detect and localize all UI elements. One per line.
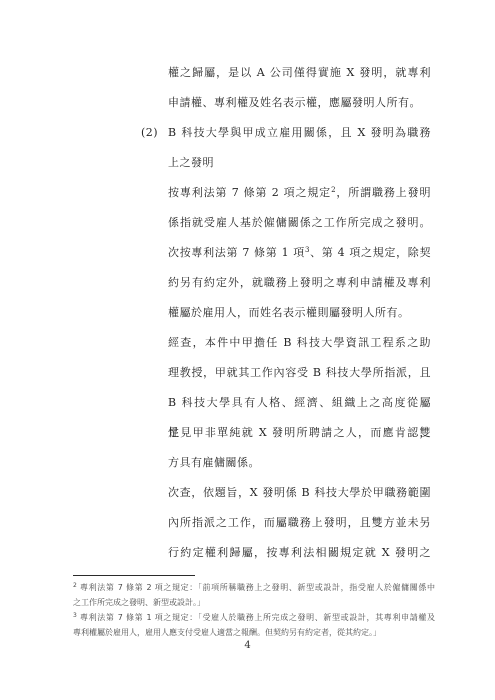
body-line: 次查，依題旨，X 發明係 B 科技大學於甲職務範圍 bbox=[168, 478, 431, 508]
footnote-text: 專利法第 7 條第 1 項之規定：「受雇人於職務上所完成之發明、新型或設計，其專… bbox=[80, 613, 435, 622]
body-line-text: 次查，依題旨，X 發明係 B 科技大學於甲職務範圍 bbox=[168, 486, 431, 499]
body-line: 經查，本件中甲擔任 B 科技大學資訊工程系之助 bbox=[168, 328, 431, 358]
footnote-number: 2 bbox=[73, 582, 77, 589]
body-line: 權之歸屬，是以 A 公司僅得實施 X 發明，就專利 bbox=[168, 58, 431, 88]
body-line-text: 上之發明 bbox=[168, 156, 214, 169]
footnotes: 2 專利法第 7 條第 2 項之規定：「前項所稱職務上之發明、新型或設計，指受雇… bbox=[73, 580, 435, 640]
body-line-text: 、第 4 項之規定，除契 bbox=[310, 246, 431, 259]
document-page: 權之歸屬，是以 A 公司僅得實施 X 發明，就專利申請權、專利權及姓名表示權，應… bbox=[0, 0, 495, 700]
body-line: 足見甲非單純就 X 發明所聘請之人，而應肯認雙 bbox=[168, 418, 431, 448]
footnote-separator bbox=[73, 575, 195, 576]
body-line: 係指就受雇人基於僱傭關係之工作所完成之發明。 bbox=[168, 208, 431, 238]
body-line: 上之發明 bbox=[168, 148, 431, 178]
body-line-text: 內所指派之工作，而屬職務上發明，且雙方並未另 bbox=[168, 516, 431, 529]
body-line: (2)B 科技大學與甲成立雇用關係，且 X 發明為職務 bbox=[168, 118, 431, 148]
list-item-marker: (2) bbox=[141, 118, 158, 148]
body-line-text: 申請權、專利權及姓名表示權，應屬發明人所有。 bbox=[168, 96, 421, 109]
body-line-text: 次按專利法第 7 條第 1 項 bbox=[168, 246, 305, 259]
body-line: 約另有約定外，就職務上發明之專利申請權及專利 bbox=[168, 268, 431, 298]
body-line: 申請權、專利權及姓名表示權，應屬發明人所有。 bbox=[168, 88, 431, 118]
body-line: 內所指派之工作，而屬職務上發明，且雙方並未另 bbox=[168, 508, 431, 538]
footnote-text: 之工作所完成之發明、新型或設計。」 bbox=[73, 598, 205, 607]
body-line-text: 行約定權利歸屬，按專利法相關規定就 X 發明之 bbox=[168, 546, 431, 559]
body-line-text: 約另有約定外，就職務上發明之專利申請權及專利 bbox=[168, 276, 431, 289]
body-line-text: 係指就受雇人基於僱傭關係之工作所完成之發明。 bbox=[168, 216, 431, 229]
body-line-text: 方具有雇傭關係。 bbox=[168, 456, 260, 469]
body-line-text: 理教授，甲就其工作內容受 B 科技大學所指派，且 bbox=[168, 366, 431, 379]
body-line-text: 經查，本件中甲擔任 B 科技大學資訊工程系之助 bbox=[168, 336, 431, 349]
body-line-text: 權之歸屬，是以 A 公司僅得實施 X 發明，就專利 bbox=[168, 66, 431, 79]
footnote-text: 專利法第 7 條第 2 項之規定：「前項所稱職務上之發明、新型或設計，指受雇人於… bbox=[80, 583, 435, 592]
footnote-line: 2 專利法第 7 條第 2 項之規定：「前項所稱職務上之發明、新型或設計，指受雇… bbox=[73, 580, 435, 595]
body-line-text: 按專利法第 7 條第 2 項之規定 bbox=[168, 186, 331, 199]
body-line: B 科技大學具有人格、經濟、組織上之高度從屬性， bbox=[168, 388, 431, 418]
footnote-number: 3 bbox=[73, 612, 77, 619]
body-text: 權之歸屬，是以 A 公司僅得實施 X 發明，就專利申請權、專利權及姓名表示權，應… bbox=[168, 58, 431, 568]
body-line-text: B 科技大學與甲成立雇用關係，且 X 發明為職務 bbox=[168, 126, 431, 139]
body-line: 權屬於雇用人，而姓名表示權則屬發明人所有。 bbox=[168, 298, 431, 328]
body-line: 按專利法第 7 條第 2 項之規定2，所謂職務上發明 bbox=[168, 178, 431, 208]
footnote-line: 之工作所完成之發明、新型或設計。」 bbox=[73, 595, 435, 610]
body-line: 理教授，甲就其工作內容受 B 科技大學所指派，且 bbox=[168, 358, 431, 388]
body-line: 次按專利法第 7 條第 1 項3、第 4 項之規定，除契 bbox=[168, 238, 431, 268]
footnote-text: 專利權屬於雇用人，雇用人應支付受雇人適當之報酬。但契約另有約定者，從其約定。」 bbox=[73, 628, 381, 637]
footnote-line: 3 專利法第 7 條第 1 項之規定：「受雇人於職務上所完成之發明、新型或設計，… bbox=[73, 610, 435, 625]
body-line-text: 權屬於雇用人，而姓名表示權則屬發明人所有。 bbox=[168, 306, 410, 319]
page-number: 4 bbox=[0, 638, 495, 653]
body-line-text: ，所謂職務上發明 bbox=[336, 186, 431, 199]
body-line-text: 足見甲非單純就 X 發明所聘請之人，而應肯認雙 bbox=[168, 426, 431, 439]
body-line: 方具有雇傭關係。 bbox=[168, 448, 431, 478]
body-line: 行約定權利歸屬，按專利法相關規定就 X 發明之 bbox=[168, 538, 431, 568]
